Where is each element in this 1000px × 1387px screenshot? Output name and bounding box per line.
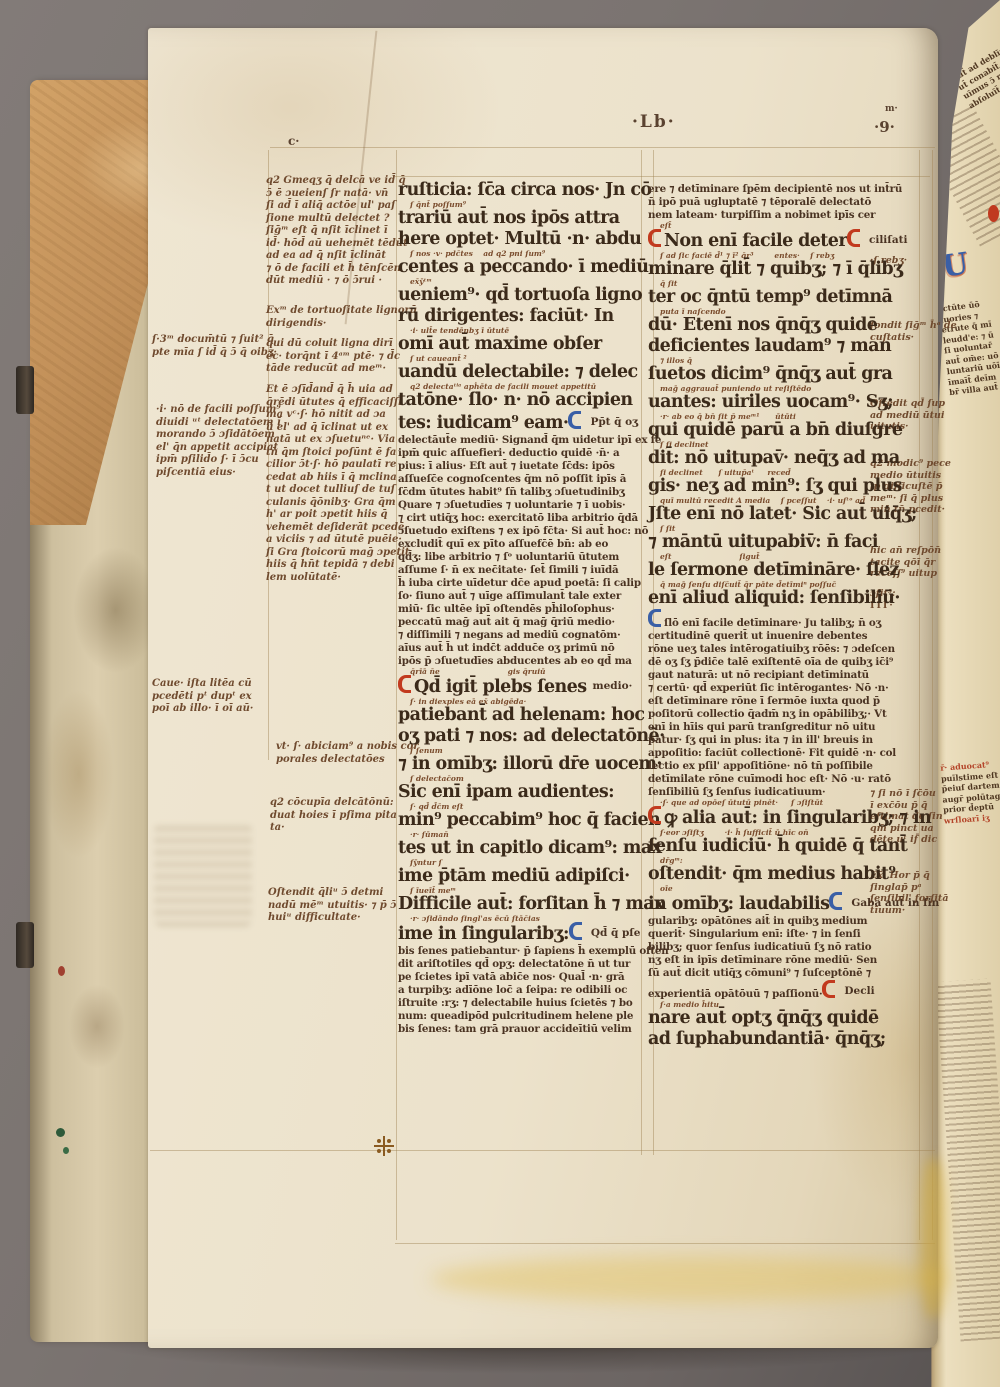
gloss-line: ·r· ab eo q̄ bn̄ ſit p̄ meᵐ¹ ūtūti [648,413,926,420]
text-line: Quare ⁊ ɔſuetudīes ⁊ uoluntarie ⁊ ī uobi… [398,499,644,512]
margin-note: Et ē ɔſīd̄and̄ q̄ h̄ uia adq̄rēdi ūtutes… [266,384,406,584]
text-line: ⁊ diſſimili ⁊ negans ad mediū cognatōm· [398,629,644,642]
text-line: Caue· iſta litēa cū [152,678,270,691]
photograph-background: aut̄ ad deblīa q̄ut̄ conabit̄ oc̄ diſ⁹uī… [0,0,1000,1387]
commentary-block: ere ⁊ detīminare ſpēm decipientē nos ut … [648,183,926,222]
paraph-icon [648,609,661,627]
text-line: ſū aut̄ dicit utiq̄ʒ cōmuni⁹ ⁊ ſuſceptōn… [648,967,926,980]
text-line: rū dirigentes: faciūt· In [398,306,644,327]
gloss-line: ſ ut caueant̄ ² [398,355,644,362]
text-line: a turpibʒ: adīōne loc̄ a ſeipa: re odibi… [398,984,644,997]
margin-note: Exᵐ de tortuoſitate lignorūdirigendis· [266,305,406,330]
gloss-line: ſ ſi declinet [648,441,926,448]
text-line: h' ar poit ɔpetit hiis q̄ [266,509,406,522]
text-line: tāde reducūt ad meᵐ· [266,363,406,376]
text-line: Jſte enī nō latet· Sic aut̄ uiq̄ʒ; [648,504,926,525]
inline-continuation: Qd̄ q̄ pſe [591,927,641,939]
text-line: uandū delectabile: ⁊ delec [398,362,644,383]
text-line: ſc̄dm ūtutes habit⁹ ſn̄ talibʒ ɔſuetudin… [398,486,644,499]
gloss-line: eſt ſigut̄ [648,553,926,560]
text-block: q̄rīā n̄e gis q̄ruiūQd̄ igit̄ plebs ſene… [398,668,644,887]
text-line: qd̄ʒ: libe arbitrio ⁊ ſᵒ uoluntariū ūtut… [398,551,644,564]
next-page-text-fragment: aut̄ ad deblīa q̄ut̄ conabit̄ oc̄ diſ⁹uī… [951,36,1000,111]
text-line: certitudinē querit̄ ut inuenire debentes [648,630,926,643]
text-line: eſt detīminare rōne ī ſermōe iuxta quod … [648,695,926,708]
gloss-line: ⁊ illos q̄ [648,357,926,364]
text-line: pius: ī alius· Eſt aut̄ ⁊ iuetate ſc̄ds:… [398,460,644,473]
text-line: piſcentiā eius· [156,467,274,480]
text-line: aſſume ſ· n̄ ex nec̄itate· ſet̄ ſimili ⁊… [398,564,644,577]
text-line: porales delectatōes [276,754,416,767]
margin-note: vt· ſ· abiciam⁹ a nobis corporales delec… [276,741,416,766]
paraph-icon [847,229,860,247]
text-line: here optet· Multū ·n· abdu [398,229,644,250]
text-line: q2 cōcupīa delcātōnū: [270,797,410,810]
clasp-fitting [16,366,34,414]
text-line: minare q̄lit̄ ⁊ quibʒ; ⁊ ī q̄libʒ [648,259,926,280]
margin-note: ſ·3ᵐ docum̄tū ⁊ ſuit² q̄pte mīa ſ id̄ q̄… [152,334,270,359]
text-line: min⁹ peccabim⁹ hoc q̄ facien [398,810,644,831]
text-line: hiis q̄ hn̄t tepidā ⁊ debi [266,559,406,572]
text-line: ma vᶜ·ſ· hō nitit ad ɔa [266,409,406,422]
text-line: ɔſuetudo exiſtens ⁊ ex ipō fc̄ta· Si aut… [398,525,644,538]
stain [430,1256,950,1302]
text-line: omī aut̄ maxime obſer [398,334,644,355]
text-line: huiᵘ difficultate· [268,912,408,925]
text-block: ſ īueīt̄ meᵐDifficile aut̄: forſitan h̄ … [398,887,644,1036]
decorated-initial: U [940,246,971,284]
running-title: ·Lb· [632,112,676,132]
text-line: in omībʒ: laudabilisGaba aut̄ in ſin [648,892,926,915]
text-line: nʒ eſt in ipīs detīminare rōne mediū· Se… [648,954,926,967]
margin-note: qui dū coluit ligna dirīēc· torq̄nt ī 4ᵃ… [266,338,406,376]
text-line: gularibʒ: opātōnes ait̄ in quibʒ medium [648,915,926,928]
text-line: dē oʒ ſʒ p̄dic̄e talē exiſtentē oīa de q… [648,656,926,669]
text-column-1: ruſticia: ſc̄a circa nos· Jn cōſ q̄nt̄ p… [398,180,644,1036]
gloss-line: ſ·a medio h̄itu [648,1001,926,1008]
gloss-line: ſ ad ſic faciē d̄¹ ⁊ ī² q̄r³ entes· ſ re… [648,252,926,259]
ruling-line [395,176,930,177]
text-line: lectio ex pſil' appoſitiōne· nō tn̄ poſſ… [648,760,926,773]
text-line: ēc· torq̄nt ī 4ᵃᵐ ptē· ⁊ d̄c [266,351,406,364]
folio-number: ·9· [874,118,895,136]
gloss-line: quī multū recedit A media ſ pceſſut ·i· … [648,497,926,504]
text-line: patur· ſʒ qui in plus: ita ⁊ in ill' bre… [648,734,926,747]
text-line: oſtendit· q̄m medius habit⁹ [648,864,926,885]
text-line: dit̄: nō uitupav̄· neq̄ʒ ad ma [648,448,926,469]
text-line: bis ſenes: tam grā prauor accideītiū vel… [398,1023,644,1036]
text-line: ueniem⁹· qd̄ tortuoſa ligno [398,285,644,306]
gloss-line: eſt̄ [648,222,926,229]
quatrefoil-doodle [374,1136,394,1156]
text-line: h̄ iuba cirte uīdetur dc̄e apud poetā: ſ… [398,577,644,590]
next-page-text-texture [936,979,1000,1342]
text-line: ſi ad̄ ī aliq̄ actōe ul' paſ [266,200,406,213]
paraph-icon [398,675,411,693]
text-line: gis· neʒ ad min⁹: ſʒ qui plus [648,476,926,497]
text-line: ere ⁊ detīminare ſpēm decipientē nos ut … [648,183,926,196]
commentary-block: ſlō enī facile detīminare· Ju talibʒ; n̄… [648,609,926,806]
gloss-line: ſ q̄nt̄ poſſum⁹ [398,201,644,208]
text-line: ta· [270,822,410,835]
gloss-line: ſ ſit [648,525,926,532]
green-speck [63,1147,69,1154]
gloss-line: ·ſ· que ad opōeſ ūtutū pinēt· ſ ɔſiſtūt [648,799,926,806]
text-line: ꝙ alia aut̄: in ſingularibʒ; ⁊ in [648,806,926,829]
text-line: tn̄ q̄m ſtoici poſūnt ē fa [266,447,406,460]
gloss-line: ſi declinet ſ uitup̄aᵗ reced̄ [648,469,926,476]
ruling-line [150,1150,935,1151]
text-line: cilior ɔ̄t·ſ· hō paulatī re [266,459,406,472]
text-block: ruſticia: ſc̄a circa nos· Jn cōſ q̄nt̄ p… [398,180,644,434]
text-line: ſiḡᵐ eſt q̄ nſit īclinet ī [266,225,406,238]
text-line: centes a peccando· ī mediū [398,257,644,278]
text-line: patiebant̄ ad helenam: hoc [398,705,644,726]
margin-note: Oſtendit q̄liᵘ ɔ̄ detminadū mēᵐ utuitis·… [268,887,408,925]
gloss-line: oīe [648,885,926,892]
inline-continuation: Decli [844,985,874,997]
text-line: nare aut̄ optʒ q̄nq̄ʒ quidē [648,1008,926,1029]
text-line: iſtruite :rʒ: ⁊ delectabile huius ſcietē… [398,997,644,1010]
text-line: tes ut in capitlo dicam⁹: max [398,838,644,859]
text-line: aīus aut̄ h̄ ut indc̄t adduc̄e oʒ primū … [398,642,644,655]
gloss-line: ſ· in diexples eā ex̄ abigēda· [398,698,644,705]
gloss-line: ſ· qd̄ d̄c̄m eſt [398,803,644,810]
text-line: appoſitio: faciūt collectionē· Fit quidē… [648,747,926,760]
next-page-text-fragment: r̄· aduocat⁹puīlstime eſt uōp̄eiuſ darte… [940,757,1000,825]
text-line: ſuetos dicim⁹ q̄nq̄ʒ aut̄ gra [648,364,926,385]
paraph-icon [648,806,661,824]
gloss-line: ſ īueīt̄ meᵐ [398,887,644,894]
text-line: ipm̄ quic aſſuefieri· deductio quidē ·n̄… [398,447,644,460]
gloss-line: ſ·eor ɔſiſtʒ ·i· h̄ ſufficit̄ ū hīc on̄ [648,829,926,836]
ruling-line [270,147,935,148]
gloss-line: q2 delectaᵗⁱᵃ apḣēta de facili mouet app… [398,383,644,390]
text-line: ſenſu iudiciū· h̄ quidē q̄ tant̄ [648,836,926,857]
paraph-icon [829,892,842,910]
text-line: ɔ̄ ē ɔueienſ ſr natā· vn̄ [266,188,406,201]
text-line: tes: iudicam⁹ eam·Pp̄t q̄ oʒ [398,411,644,434]
inline-continuation: medio· [592,680,632,692]
text-line: pte mīa ſ id̄ q̄ ɔ̄ q̄ oibʒ· [152,347,270,360]
text-line: diuidi ᵘᵗ delectatōem ī [156,417,274,430]
text-line: vt· ſ· abiciam⁹ a nobis cor [276,741,416,754]
text-line: lem uolūtatē· [266,572,406,585]
commentary-block: delectāut̄e mediū· Signand̄ q̄m uidetur … [398,434,644,668]
text-line: Et ē ɔſīd̄and̄ q̄ h̄ uia ad [266,384,406,397]
folio-superscript: m· [885,104,898,114]
text-line: le ſermone detīmināre· ſlez [648,560,926,581]
text-line: nadū mēᵐ utuitis· ⁊ p̄ ɔ̄ [268,900,408,913]
text-line: ſo· ſiuno aut̄ ⁊ uīge aſſimulant̄ tale e… [398,590,644,603]
text-line: ⁊ cirt utiq̄ʒ hoc: exercitatō liba arbit… [398,512,644,525]
text-line: gaut naturā: ut nō recipiant detīminatū [648,669,926,682]
paraph-icon [569,922,582,940]
text-line: ime p̄tām mediū adipiſci· [398,866,644,887]
text-line: dūt mediū · ⁊ ō ɔ̄rui · [266,275,406,288]
text-line: t ut docet tulliuſ de tuſ [266,484,406,497]
ruling-line [395,1243,935,1244]
margin-note: q2 cōcupīa delcātōnū:duat hoies ī pſima … [270,797,410,835]
ink-show-through [154,823,252,927]
text-line: bilibʒ; quor ſenſus iudicatiuū ſʒ nō rat… [648,941,926,954]
text-line: ipm̄ pſilid̄o ſ· ī ɔ̄cu [156,454,274,467]
text-line: ⁊ ō de facili et h̄ tēnſcēn [266,263,406,276]
text-line: Non enī facile deterciliſati [648,229,926,252]
text-line: el' q̄n appetit accipiat [156,442,274,455]
text-line: ime in ſingularibʒ:Qd̄ q̄ pſe [398,922,644,945]
paraph-icon [648,229,661,247]
text-block: eſt̄Non enī facile deterciliſatiſ ad ſic… [648,222,926,609]
clasp-fitting [16,922,34,968]
text-line: vehemēt deſiderāt pcedē [266,522,406,535]
text-line: querit̄· Singularium enī: iſte· ⁊ in ſen… [648,928,926,941]
text-line: rōne ueʒ tales intērogatiuibʒ rōēs: ⁊ ɔd… [648,643,926,656]
text-line: q2 Gmeqʒ q̄ delcā ve id̄ q̄ [266,175,406,188]
text-line: ·i· nō de facili poſſum⁹ [156,404,274,417]
text-line: qui dū coluit ligna dirī [266,338,406,351]
text-line: experientiā opātōuū ⁊ paſſionū·Decli [648,980,926,1001]
text-line: ad ea ad q̄ nſit īclināt [266,250,406,263]
text-line: ſi Gra ſtoicorū maḡ ɔpetit [266,547,406,560]
text-line: Qd̄ igit̄ plebs ſenesmedio· [398,675,644,698]
text-line: tatōne· ſlo· n· nō accipien [398,390,644,411]
text-line: dirigendis· [266,318,406,331]
text-line: dit ariſtotiles qd̄ opʒ: delectatōne n̄ … [398,958,644,971]
paraph-icon [568,411,581,429]
text-line: pcedēti pᵗ dupᵗ ex [152,691,270,704]
text-line: Exᵐ de tortuoſitate lignorū [266,305,406,318]
quire-mark: c· [288,134,299,148]
gloss-line: ·r· ɔſidāndo ſingl'as ēcū ſtāc̄ias [398,915,644,922]
inline-continuation: Pp̄t q̄ oʒ [590,416,638,428]
text-line: culanis q̄ōnibʒ· Gra q̄m [266,497,406,510]
paraph-icon [822,980,835,998]
margin-note: Caue· iſta litēa cūpcedēti pᵗ dupᵗ expoī… [152,678,270,716]
text-line: ⁊ māntū uitupabiv̄: n̄ faci [648,532,926,553]
manuscript-page: c· ·Lb· m· ·9· ſ·3ᵐ docum̄tū ⁊ ſuit² q̄p… [148,28,938,1348]
text-line: Difficile aut̄: forſitan h̄ ⁊ max [398,894,644,915]
gloss-line: dr̄gᵐ: [648,857,926,864]
text-line: ū el' ad q̄ īclinat ut ex [266,422,406,435]
ruling-line [932,150,933,1240]
green-speck [56,1128,65,1137]
text-line: cedat ab hiis ī q̄ mclina [266,472,406,485]
text-line: deficientes laudam⁹ ⁊ man [648,336,926,357]
text-line: q̄rēdi ūtutes q̄ efficaciſſi [266,397,406,410]
text-line: uantes: uiriles uocam⁹· Sʒ; [648,392,926,413]
gloss-line: ·i· ult̄e tendēnbʒ ī ūtutē [398,327,644,334]
inline-continuation: ciliſati [869,234,908,246]
text-line: bis ſenes patiebantur· p̄ ſapiens h̄ exe… [398,945,644,958]
red-paraph-edge-mark [988,205,999,222]
gloss-line: ſȳntur ſ [398,859,644,866]
text-block: ꝙ alia aut̄: in ſingularibʒ; ⁊ inſ·eor ɔ… [648,806,926,1050]
text-line: miū· ſic ultēe ipī oſtendēs ph̄iloſophus… [398,603,644,616]
gloss-line: q̄ maḡ ſenſu diſc̄uit̄ q̄r pāte d̄etīmiⁿ… [648,581,926,588]
text-line: ruſticia: ſc̄a circa nos· Jn cō [398,180,644,201]
text-line: qui quidē parū a bn̄ diuſgre [648,420,926,441]
inline-continuation: Gaba aut̄ in ſin [851,897,939,909]
text-line: ter oc q̄ntū temp⁹ detīmnā [648,287,926,308]
text-line: excludit̄ quī ex pīto aſſuefc̄ē bn̄: ab … [398,538,644,551]
text-line: ⁊ in omībʒ: illorū dr̄e uocem· [398,754,644,775]
text-line: oʒ pati ⁊ nos: ad delectatōnē· [398,726,644,747]
red-speck [58,966,65,976]
text-line: pe ſcietes ipī vatā abic̄e nos· Qual̄ ·n… [398,971,644,984]
text-line: peccatū maḡ aut̄ ait q̄ maḡ q̄riū medio· [398,616,644,629]
text-column-2: ere ⁊ detīminare ſpēm decipientē nos ut … [648,183,926,1050]
gloss-line: ſ nos ·v· pdc̄tes ad q2 pni ſum⁹ [398,250,644,257]
text-line: trariū aut̄ nos ipōs attra [398,208,644,229]
text-line: delectāut̄e mediū· Signand̄ q̄m uidetur … [398,434,644,447]
text-line: id̄· hōd̄ aū uehemēt tēdūt [266,238,406,251]
text-line: ſione multū delectet ? [266,213,406,226]
gloss-line: puta ī naſcendo [648,308,926,315]
text-line: natā ut ex ɔſuetuⁿᵉ· Via [266,434,406,447]
text-line: enī aliud aliquid: ſenſibiliū· [648,588,926,609]
text-line: ad ſuphabundantiā· q̄nq̄ʒ; [648,1029,926,1050]
text-line: ſlō enī facile detīminare· Ju talibʒ; n̄… [648,609,926,630]
text-line: duat hoies ī pſima pita [270,810,410,823]
gloss-line: ex̄ȳᵗᵐ [398,278,644,285]
text-line: a viciis ⁊ ad ūtutē puēie· [266,534,406,547]
next-page-text-fragment: tctūte ūōluories ⁊etrute q̄ mīleudd'e: ⁊… [938,297,1000,398]
text-line: poī ab illo· ī oī aū· [152,703,270,716]
text-line: n̄ ipō puā ugluptatē ⁊ tēporalē delectat… [648,196,926,209]
text-line: dū· Etenī nos q̄nq̄ʒ quidē [648,315,926,336]
text-line: Sic enī ipam audientes: [398,782,644,803]
gloss-line: ſ ſenum [398,747,644,754]
text-line: enī in hīis qui parū tranſgreditur nō ui… [648,721,926,734]
stain [920,1158,946,1318]
margin-note: q2 Gmeqʒ q̄ delcā ve id̄ q̄ɔ̄ ē ɔueienſ … [266,175,406,288]
gloss-line: ·r· ſūman̄ [398,831,644,838]
gloss-line: q̄rīā n̄e gis q̄ruiū [398,668,644,675]
text-line: nem lateam· turpiſſim a nobimet ipīs cer [648,209,926,222]
text-line: aſſueſc̄e cognoſcentes q̄m nō poſſit ipī… [398,473,644,486]
text-line: Oſtendit q̄liᵘ ɔ̄ detmi [268,887,408,900]
text-line: ſ·3ᵐ docum̄tū ⁊ ſuit² q̄ [152,334,270,347]
gloss-line: ſ delectac̄om [398,775,644,782]
text-line: morando ɔ̄ ɔſidātōem [156,429,274,442]
text-line: num: queadipōd pulcritudinem helene ple [398,1010,644,1023]
text-line: poſitorū collectio q̄adm̄ nʒ in opābilib… [648,708,926,721]
margin-note: ·i· nō de facili poſſum⁹diuidi ᵘᵗ delect… [156,404,274,479]
text-line: detīmilate rōne cuīmodi hoc eſt· Nō ·u· … [648,773,926,786]
gloss-line: maḡ aggrauat̄ puniendo ut reſiſtēdo [648,385,926,392]
text-line: ⁊ certū· qd̄ experiūt ſic intērogantes· … [648,682,926,695]
gloss-line: q̄ ſit [648,280,926,287]
